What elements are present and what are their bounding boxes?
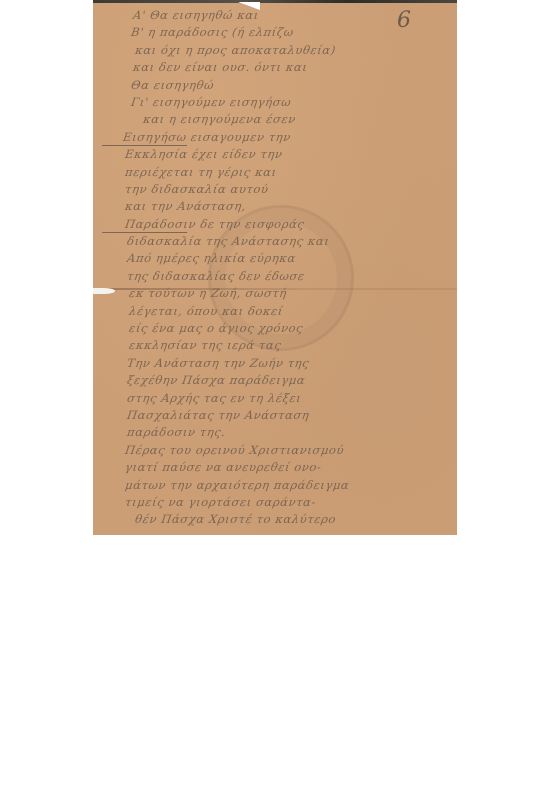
handwritten-line: Παράδοσιν δε την εισφοράς: [102, 217, 438, 234]
handwritten-line: της διδασκαλίας δεν έδωσε: [102, 269, 438, 286]
handwritten-line: Την Ανάσταση την Ζωήν της: [102, 356, 438, 373]
manuscript-page: 6 Α' Θα εισηγηθώ καιΒ' η παράδοσις (ή ελ…: [93, 0, 457, 535]
handwritten-line: Πέρας του ορεινού Χριστιανισμού: [102, 443, 438, 460]
handwritten-line: και την Ανάσταση,: [102, 199, 438, 216]
handwritten-line: Θα εισηγηθώ: [102, 78, 438, 95]
handwritten-line: τιμείς να γιορτάσει σαράντα-: [102, 495, 438, 512]
handwritten-line: την διδασκαλία αυτού: [102, 182, 438, 199]
handwritten-line: μάτων την αρχαιότερη παράδειγμα: [102, 478, 438, 495]
handwritten-text-block: Α' Θα εισηγηθώ καιΒ' η παράδοσις (ή ελπί…: [103, 8, 437, 530]
handwritten-line: περιέχεται τη γέρις και: [102, 165, 438, 182]
handwritten-line: παράδοσιν της.: [102, 425, 438, 442]
handwritten-line: Εκκλησία έχει είδεν την: [102, 147, 438, 164]
handwritten-line: και δεν είναι ουσ. όντι και: [102, 60, 438, 77]
handwritten-line: γιατί παύσε να ανευρεθεί ονο-: [102, 460, 438, 477]
handwritten-line: Β' η παράδοσις (ή ελπίζω: [102, 25, 438, 42]
handwritten-line: Από ημέρες ηλικία εύρηκα: [102, 251, 438, 268]
handwritten-line: ξεχέθην Πάσχα παράδειγμα: [102, 373, 438, 390]
handwritten-line: Πασχαλιάτας την Ανάσταση: [102, 408, 438, 425]
handwritten-line: Εισηγήσω εισαγουμεν την: [102, 130, 438, 147]
handwritten-line: λέγεται, όπου και δοκεί: [102, 304, 438, 321]
handwritten-line: εκ τούτων η Ζωή, σωστή: [102, 286, 438, 303]
handwritten-line: στης Αρχής τας εν τη λέξει: [102, 391, 438, 408]
handwritten-line: και η εισηγούμενα έσεν: [102, 112, 438, 129]
handwritten-line: είς ένα μας ο άγιος χρόνος: [102, 321, 438, 338]
handwritten-line: και όχι η προς αποκαταλυθεία): [102, 43, 438, 60]
handwritten-line: διδασκαλία της Ανάστασης και: [102, 234, 438, 251]
handwritten-line: εκκλησίαν της ιερά τας: [102, 338, 438, 355]
handwritten-line: Α' Θα εισηγηθώ και: [102, 8, 438, 25]
handwritten-line: θέν Πάσχα Χριστέ το καλύτερο: [102, 512, 438, 529]
handwritten-line: Γι' εισηγούμεν εισηγήσω: [102, 95, 438, 112]
scan-edge-strip: [93, 0, 457, 3]
